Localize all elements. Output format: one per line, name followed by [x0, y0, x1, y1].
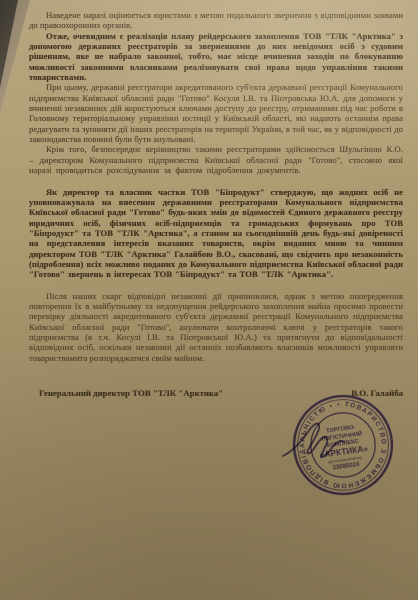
company-stamp: • ТОВАРИСТВО З ОБМЕЖЕНОЮ ВІДПОВІДАЛЬНІСТ…: [283, 385, 403, 505]
paragraph-conclusion: Отже, очевидним є реалізація плану рейде…: [29, 31, 403, 83]
document-page: Наведене наразі оцінюється юристами з ме…: [29, 10, 403, 398]
paragraph-management: Крім того, безпосереднє керівництво таки…: [29, 144, 403, 175]
paragraph-registrars: При цьому, державні реєстратори акредито…: [29, 82, 403, 144]
signature-role: Генеральний директор ТОВ "ТЛК "Арктика": [39, 388, 223, 398]
paragraph-intro: Наведене наразі оцінюється юристами з ме…: [29, 10, 403, 31]
document-photo: Наведене наразі оцінюється юристами з ме…: [0, 0, 418, 600]
paragraph-statement: Як директор та власник частки ТОВ "Біпро…: [29, 187, 403, 280]
paragraph-request: Після наших скарг відповідні незаконні д…: [29, 291, 403, 363]
